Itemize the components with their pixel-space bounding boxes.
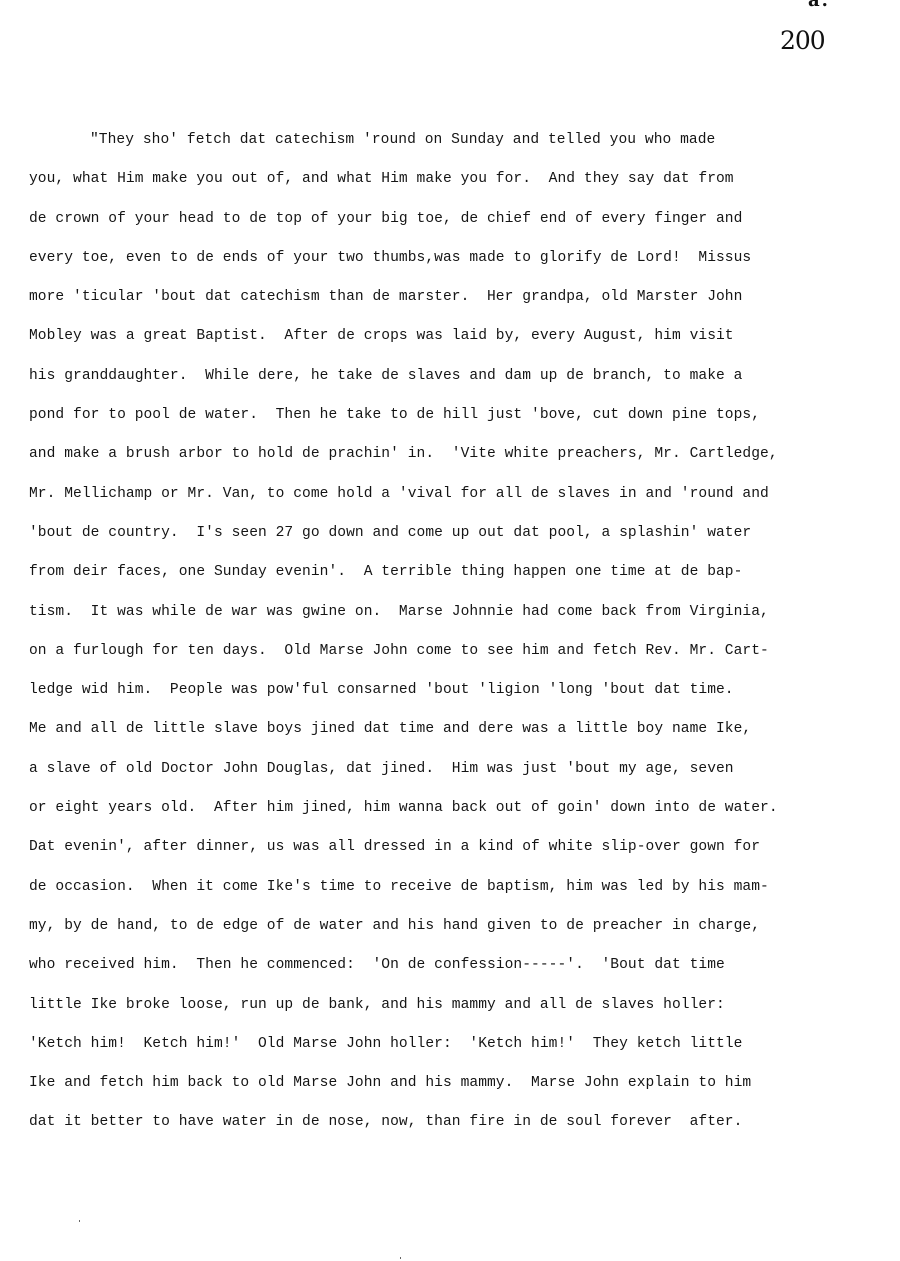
- text-line: little Ike broke loose, run up de bank, …: [29, 986, 889, 1025]
- text-line: ledge wid him. People was pow'ful consar…: [29, 671, 889, 710]
- text-line: you, what Him make you out of, and what …: [29, 160, 889, 199]
- text-line: Mr. Mellichamp or Mr. Van, to come hold …: [29, 475, 889, 514]
- document-page: a. 200 "They sho' fetch dat catechism 'r…: [0, 0, 900, 1261]
- text-line: 'bout de country. I's seen 27 go down an…: [29, 514, 889, 553]
- text-line: my, by de hand, to de edge of de water a…: [29, 907, 889, 946]
- text-line: dat it better to have water in de nose, …: [29, 1103, 889, 1142]
- corner-mark: a.: [808, 0, 830, 11]
- text-line: de crown of your head to de top of your …: [29, 200, 889, 239]
- text-line: a slave of old Doctor John Douglas, dat …: [29, 750, 889, 789]
- text-line: 'Ketch him! Ketch him!' Old Marse John h…: [29, 1025, 889, 1064]
- text-line: "They sho' fetch dat catechism 'round on…: [29, 121, 889, 160]
- text-line: on a furlough for ten days. Old Marse Jo…: [29, 632, 889, 671]
- text-line: Dat evenin', after dinner, us was all dr…: [29, 828, 889, 867]
- text-line: tism. It was while de war was gwine on. …: [29, 593, 889, 632]
- text-line: Me and all de little slave boys jined da…: [29, 710, 889, 749]
- scan-speck: [400, 1257, 401, 1259]
- text-line: and make a brush arbor to hold de prachi…: [29, 435, 889, 474]
- text-line: his granddaughter. While dere, he take d…: [29, 357, 889, 396]
- text-line: or eight years old. After him jined, him…: [29, 789, 889, 828]
- text-line: Ike and fetch him back to old Marse John…: [29, 1064, 889, 1103]
- page-number: 200: [780, 26, 825, 55]
- text-line: pond for to pool de water. Then he take …: [29, 396, 889, 435]
- body-text: "They sho' fetch dat catechism 'round on…: [29, 121, 889, 1143]
- text-line: every toe, even to de ends of your two t…: [29, 239, 889, 278]
- text-line: from deir faces, one Sunday evenin'. A t…: [29, 553, 889, 592]
- scan-speck: [79, 1220, 80, 1222]
- text-line: Mobley was a great Baptist. After de cro…: [29, 317, 889, 356]
- text-line: more 'ticular 'bout dat catechism than d…: [29, 278, 889, 317]
- text-line: de occasion. When it come Ike's time to …: [29, 868, 889, 907]
- text-line: who received him. Then he commenced: 'On…: [29, 946, 889, 985]
